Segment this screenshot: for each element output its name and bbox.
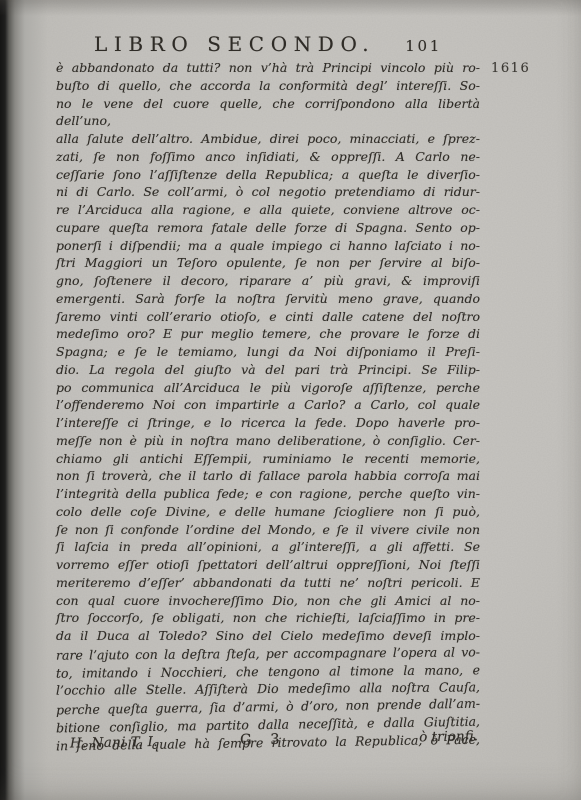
text-line: da il Duca al Toledo? Sino del Cielo med… xyxy=(56,627,480,645)
text-line: l’integrità della publica fede; e con ra… xyxy=(56,485,480,503)
text-line: chiamo gli antichi Eſſempii, ruminiamo l… xyxy=(56,450,480,468)
text-line: meriteremo d’eſſer’ abbandonati da tutti… xyxy=(56,574,480,592)
text-line: alla ſalute dell’altro. Ambidue, direi p… xyxy=(56,130,480,148)
text-line: gno, ſoſtenere il decoro, riparare a’ pi… xyxy=(56,272,480,290)
text-line: Spagna; e ſe le temiamo, lungi da Noi di… xyxy=(56,343,480,361)
text-line: meſſe non è più in noſtra mano deliberat… xyxy=(56,432,480,450)
text-line: ſe non ſi confonde l’ordine del Mondo, e… xyxy=(56,521,480,539)
signature-title: H. Nani T. I. xyxy=(70,734,158,752)
text-line: l’intereſſe ci ſtringe, e lo ricerca la … xyxy=(56,414,480,432)
text-line: medeſimo oro? E pur meglio temere, che p… xyxy=(56,325,480,343)
text-line: vorremo eſſer otioſi ſpettatori dell’alt… xyxy=(56,556,480,574)
body-text: è abbandonato da tutti? non v’hà trà Pri… xyxy=(56,59,480,751)
catchword: ò trionfi. xyxy=(419,728,478,745)
text-line: emergenti. Sarà forſe la noſtra ſervitù … xyxy=(56,290,480,308)
gathering-mark: G 3 xyxy=(240,732,287,749)
text-line: ſtri Maggiori un Teſoro opulente, ſe non… xyxy=(56,254,480,272)
text-line: ceſſarie ſono l’aſſiſtenze della Republi… xyxy=(56,166,480,184)
text-line: no le vene del cuore quelle, che corriſp… xyxy=(56,95,480,131)
text-line: buſto di quello, che accorda la conformi… xyxy=(56,77,480,95)
text-line: re l’Arciduca alla ragione, e alla quiet… xyxy=(56,201,480,219)
text-line: con qual cuore invochereſſimo Dio, non c… xyxy=(56,592,480,610)
text-line: è abbandonato da tutti? non v’hà trà Pri… xyxy=(56,59,480,77)
text-line: cupare queſta remora fatale delle forze … xyxy=(56,219,480,237)
text-line: ſaremo vinti coll’erario otioſo, e cinti… xyxy=(56,308,480,326)
margin-year-note: 1616 xyxy=(491,61,530,76)
text-line: po communica all’Arciduca le più vigoroſ… xyxy=(56,379,480,397)
text-line: dio. La regola del giuſto và del pari tr… xyxy=(56,361,480,379)
page-gutter-shadow xyxy=(0,0,48,800)
text-line: ſi laſcia in preda all’opinioni, a gl’in… xyxy=(56,538,480,556)
text-line: non ſi troverà, che il tarlo di fallace … xyxy=(56,467,480,485)
page-number: 101 xyxy=(405,37,442,55)
text-line: ni di Carlo. Se coll’armi, ò col negotio… xyxy=(56,183,480,201)
text-line: ſtro ſoccorſo, ſe obligati, non che rich… xyxy=(56,609,480,627)
text-line: colo delle coſe Divine, e delle humane ſ… xyxy=(56,503,480,521)
book-page-scan: LIBRO SECONDO. 101 1616 è abbandonato da… xyxy=(0,0,581,800)
book-section-title: LIBRO SECONDO. xyxy=(94,32,375,56)
running-header: LIBRO SECONDO. 101 xyxy=(56,32,480,56)
text-line: ponerſi i diſpendii; ma a quale impiego … xyxy=(56,237,480,255)
page-top-shadow xyxy=(0,0,581,16)
text-line: zati, ſe non foſſimo anco inſidiati, & o… xyxy=(56,148,480,166)
text-line: l’offenderemo Noi con impartirle a Carlo… xyxy=(56,396,480,414)
